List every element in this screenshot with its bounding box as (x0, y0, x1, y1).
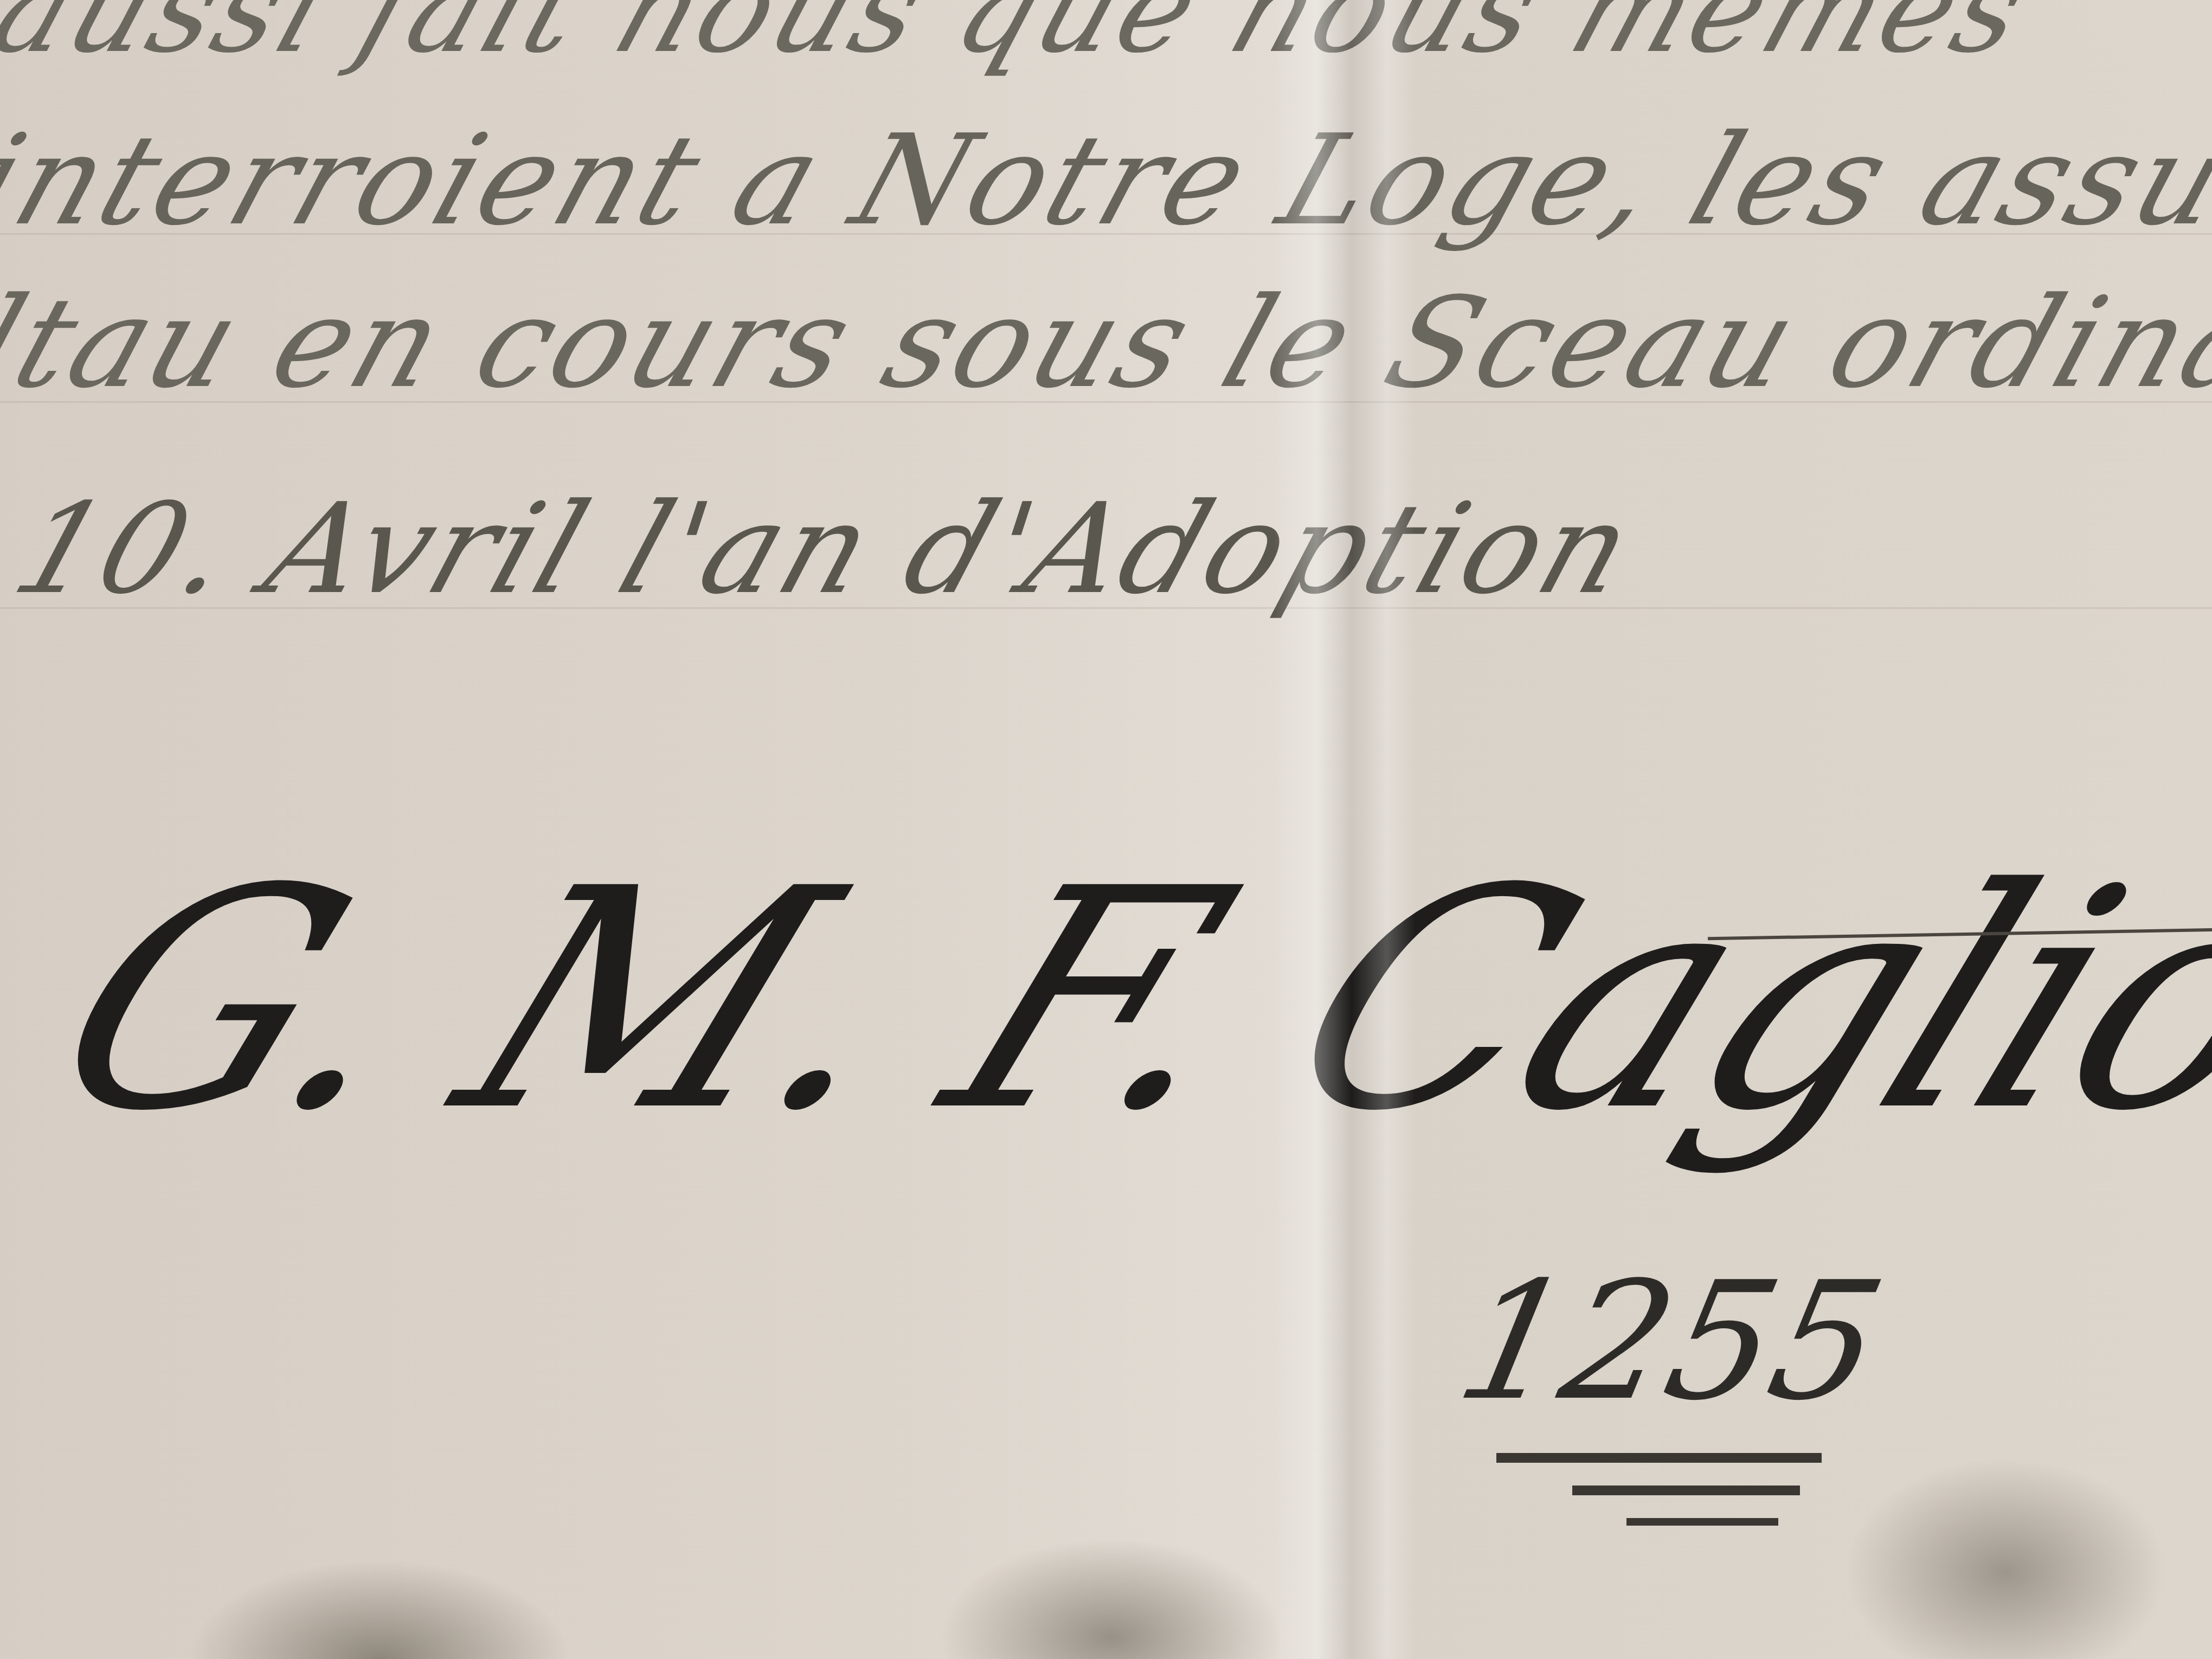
text-line-3: ltau en cours sous le Sceau ordinaire (0, 271, 2212, 416)
year: 1255 (1444, 1247, 1898, 1436)
text-line-2: interroient a Notre Loge, les assurances (0, 108, 2212, 253)
text-line-1: aussi fait nous que nous memes (0, 0, 2045, 79)
document-page: aussi fait nous que nous memes interroie… (0, 0, 2212, 1659)
signature: G. M. F. Cagliostro (10, 824, 2212, 1178)
paper-fold (1274, 0, 1415, 1659)
floral-ornament (0, 1410, 2212, 1659)
